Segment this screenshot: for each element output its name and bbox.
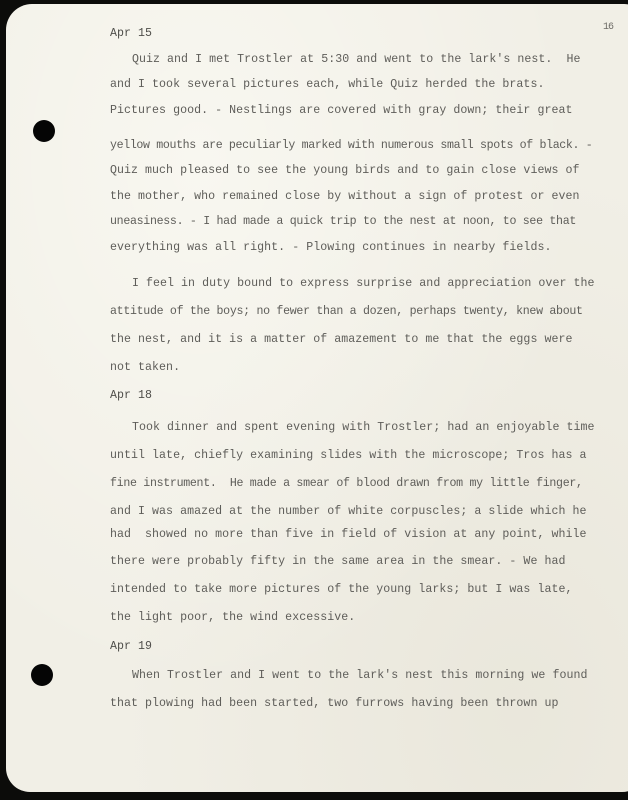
entry-line: and I was amazed at the number of white … bbox=[110, 505, 587, 519]
punch-hole-top bbox=[33, 120, 55, 142]
entry-line: the mother, who remained close by withou… bbox=[110, 190, 580, 204]
entry-line: uneasiness. - I had made a quick trip to… bbox=[110, 215, 576, 229]
entry-date: Apr 15 bbox=[110, 27, 152, 41]
page-number: 16 bbox=[603, 22, 613, 33]
entry-line: I feel in duty bound to express surprise… bbox=[132, 277, 595, 291]
entry-line: the nest, and it is a matter of amazemen… bbox=[110, 333, 573, 347]
entry-line: Pictures good. - Nestlings are covered w… bbox=[110, 104, 573, 118]
entry-line: yellow mouths are peculiarly marked with… bbox=[110, 139, 592, 153]
entry-line: not taken. bbox=[110, 361, 180, 375]
entry-date: Apr 18 bbox=[110, 389, 152, 403]
entry-line: attitude of the boys; no fewer than a do… bbox=[110, 305, 583, 319]
entry-line: When Trostler and I went to the lark's n… bbox=[132, 669, 587, 683]
entry-line: there were probably fifty in the same ar… bbox=[110, 555, 565, 569]
punch-hole-bottom bbox=[31, 664, 53, 686]
entry-line: intended to take more pictures of the yo… bbox=[110, 583, 573, 597]
entry-line: Quiz and I met Trostler at 5:30 and went… bbox=[132, 53, 580, 67]
entry-line: fine instrument. He made a smear of bloo… bbox=[110, 477, 583, 491]
entry-line: everything was all right. - Plowing cont… bbox=[110, 241, 551, 255]
entry-line: Quiz much pleased to see the young birds… bbox=[110, 164, 580, 178]
entry-line: the light poor, the wind excessive. bbox=[110, 611, 355, 625]
entry-line: until late, chiefly examining slides wit… bbox=[110, 449, 587, 463]
entry-line: that plowing had been started, two furro… bbox=[110, 697, 558, 711]
entry-line: had showed no more than five in field of… bbox=[110, 528, 587, 542]
entry-date: Apr 19 bbox=[110, 640, 152, 654]
entry-line: and I took several pictures each, while … bbox=[110, 78, 544, 92]
entry-line: Took dinner and spent evening with Trost… bbox=[132, 421, 595, 435]
